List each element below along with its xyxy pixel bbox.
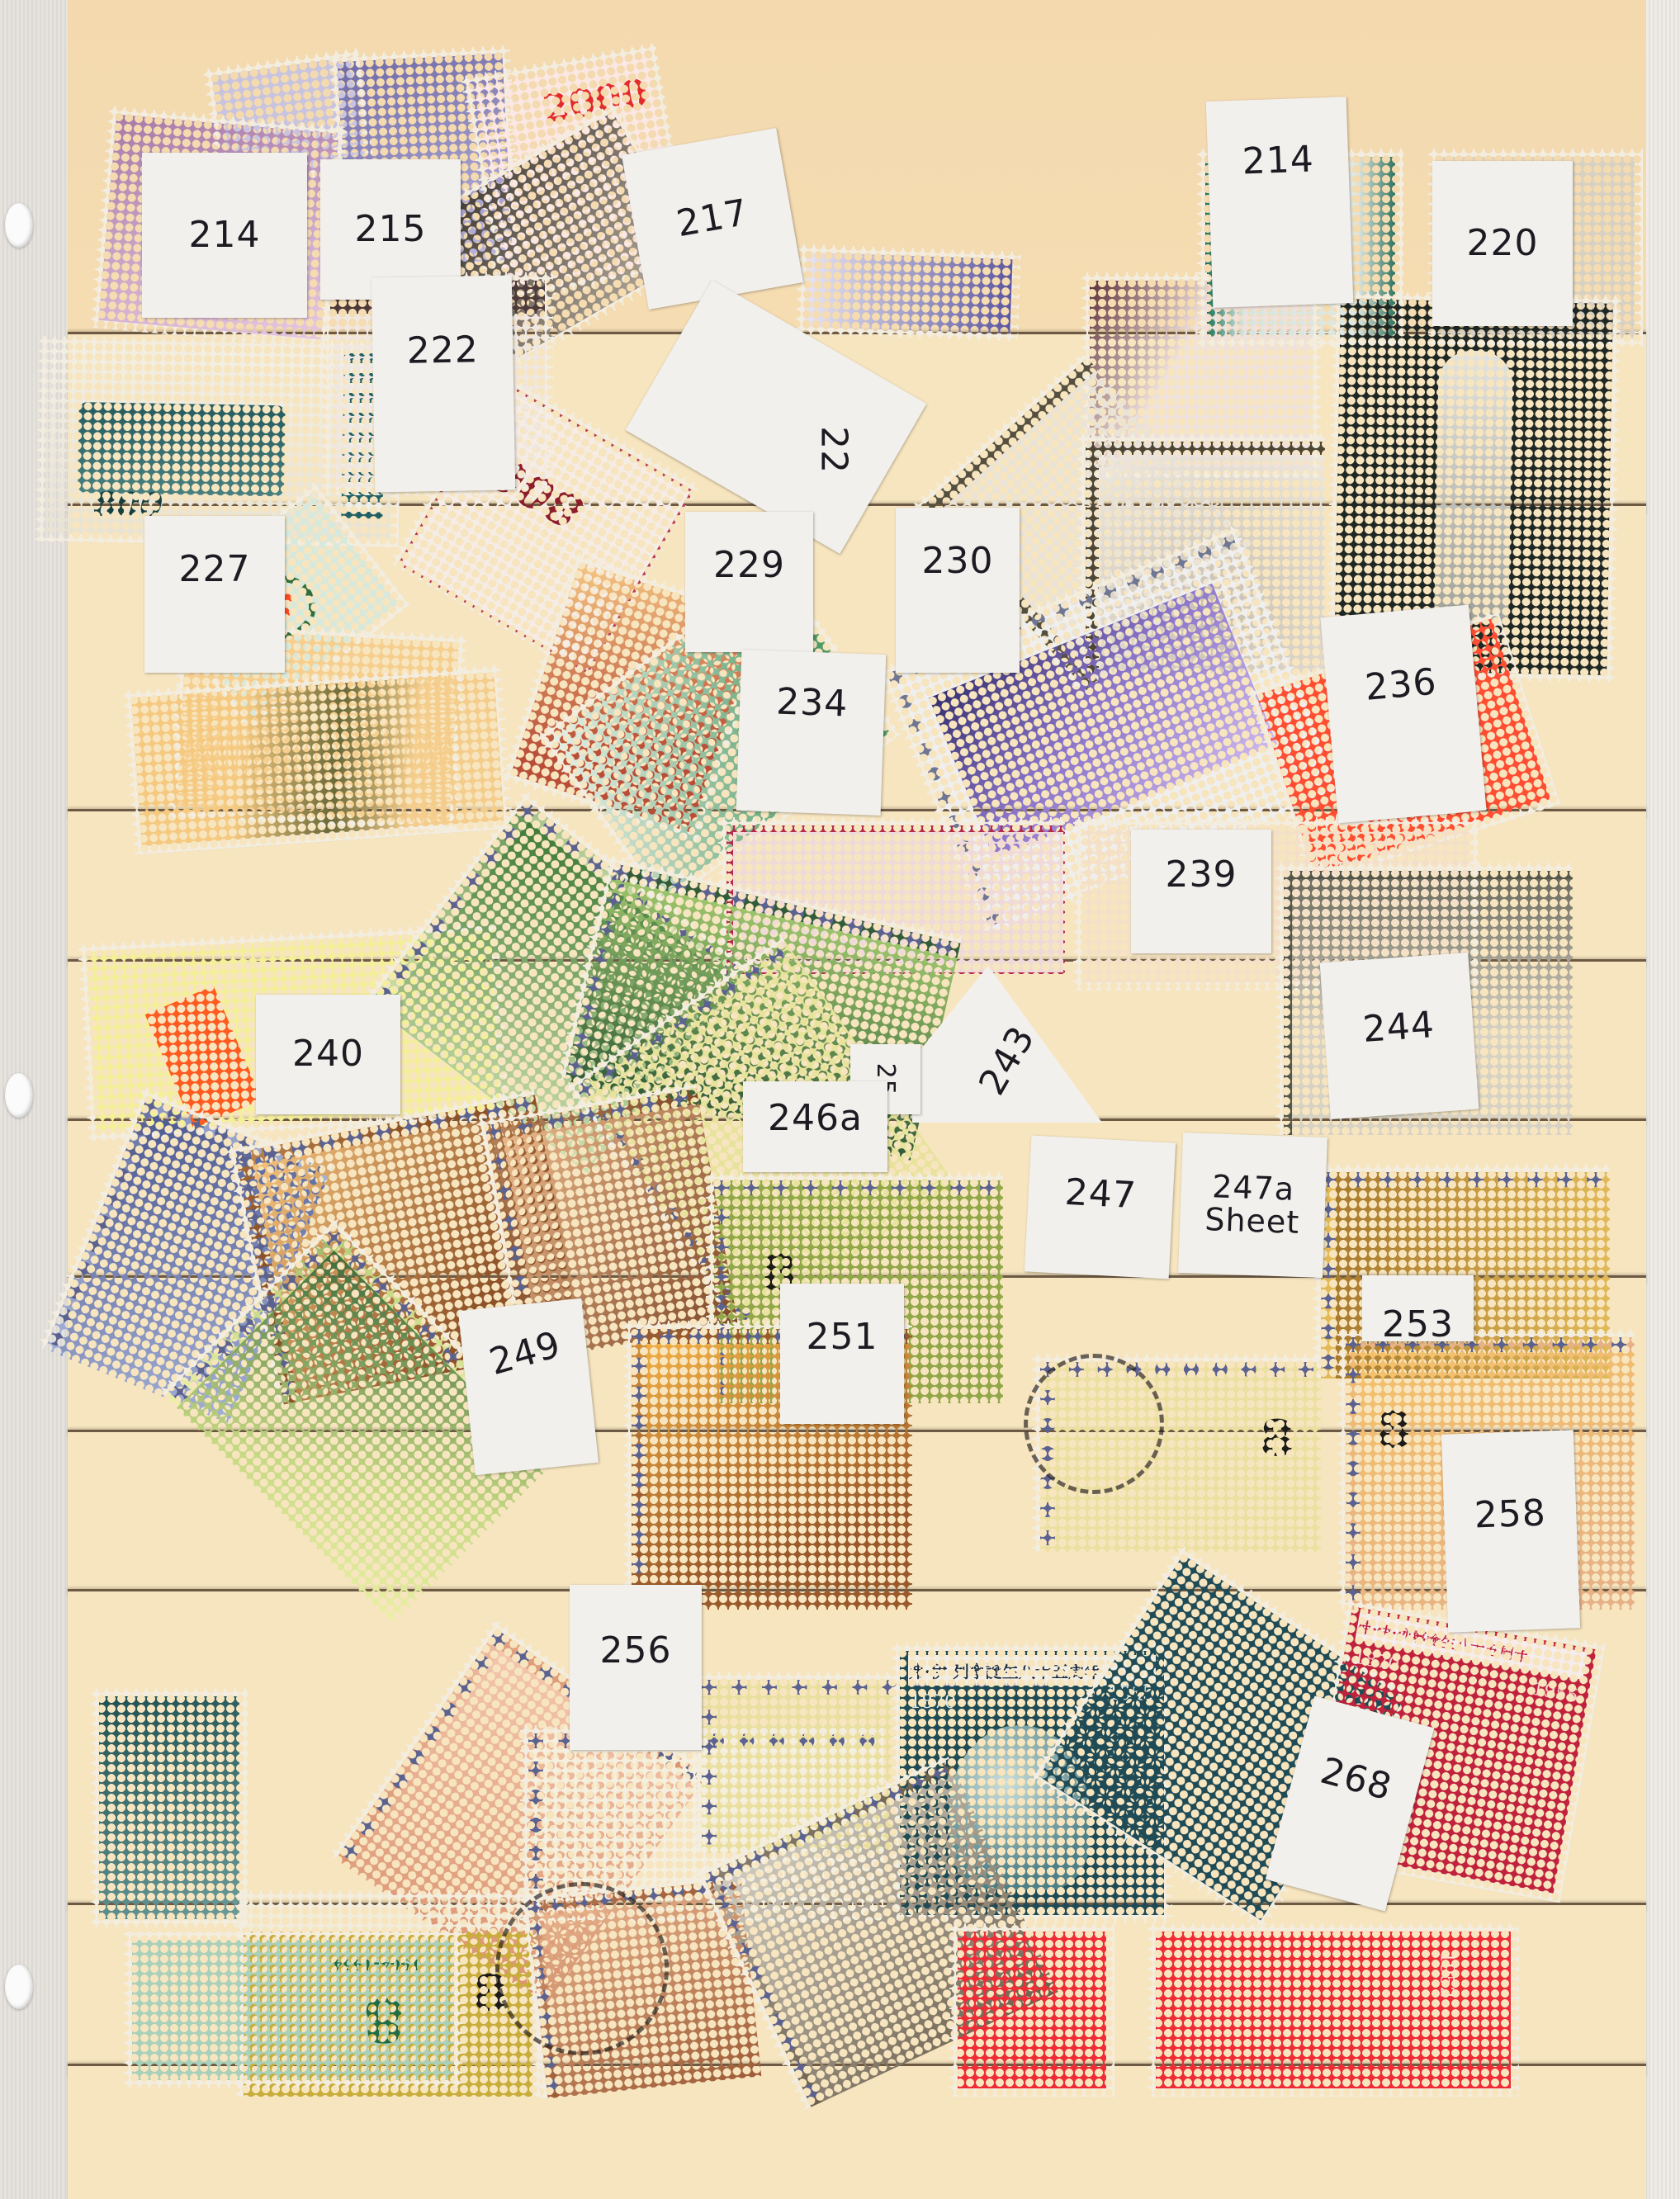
catalogue-label: 220 <box>1432 161 1573 326</box>
catalogue-label: 222 <box>371 276 516 493</box>
catalogue-label: 214 <box>1206 97 1354 308</box>
catalogue-label: 234 <box>736 650 887 816</box>
stamp-value: 8 <box>1377 1402 1412 1459</box>
stamp-value: 8 <box>363 1985 405 2055</box>
stamp-title: 努力完成第一個五年建設計劃 <box>260 1902 496 1927</box>
catalogue-label: 239 <box>1131 830 1271 953</box>
bronze-vessel-image <box>78 402 286 496</box>
catalogue-label: 227 <box>144 516 285 673</box>
binder-hole <box>5 203 33 248</box>
catalogue-label: 256 <box>570 1585 702 1750</box>
stamp-year: 1952 <box>1436 1952 1457 1998</box>
postmark <box>495 1882 669 2055</box>
postmark <box>1024 1354 1164 1494</box>
stamp[interactable] <box>949 1923 1114 2097</box>
catalogue-label: 214 <box>142 153 307 318</box>
catalogue-label: 258 <box>1441 1430 1580 1632</box>
stamp[interactable] <box>795 244 1021 342</box>
binder-edge <box>0 0 69 2199</box>
stamp[interactable]: 1952 <box>1148 1923 1519 2097</box>
catalogue-label: 251 <box>780 1284 904 1424</box>
catalogue-label: 236 <box>1320 605 1486 824</box>
stamp[interactable] <box>123 664 513 855</box>
catalogue-label: 246a <box>743 1081 887 1172</box>
catalogue-label: 247 <box>1025 1136 1176 1279</box>
statue-image <box>1434 350 1513 624</box>
catalogue-label: 253 <box>1362 1275 1474 1341</box>
stamp-year: 1955 <box>1531 1679 1579 1707</box>
stamp-years: 1904-1954 <box>332 1955 421 1973</box>
binder-hole <box>5 1965 33 2009</box>
catalogue-label: 247a Sheet <box>1178 1133 1327 1278</box>
catalogue-label: 249 <box>458 1298 599 1476</box>
stamp[interactable] <box>91 1688 248 1927</box>
stamp-value: 8 <box>1260 1410 1294 1468</box>
catalogue-label: 230 <box>896 508 1020 673</box>
catalogue-label: 240 <box>256 995 400 1114</box>
stamp-year: 1870 <box>910 1692 956 1713</box>
binder-hole <box>5 1073 33 1118</box>
page-edge <box>1646 0 1680 2199</box>
stamp-year: 1870 <box>1351 1648 1400 1676</box>
stamp[interactable]: 8 1904-1954 <box>124 1932 462 2088</box>
catalogue-label: 244 <box>1320 953 1479 1119</box>
catalogue-label: 229 <box>685 512 813 652</box>
